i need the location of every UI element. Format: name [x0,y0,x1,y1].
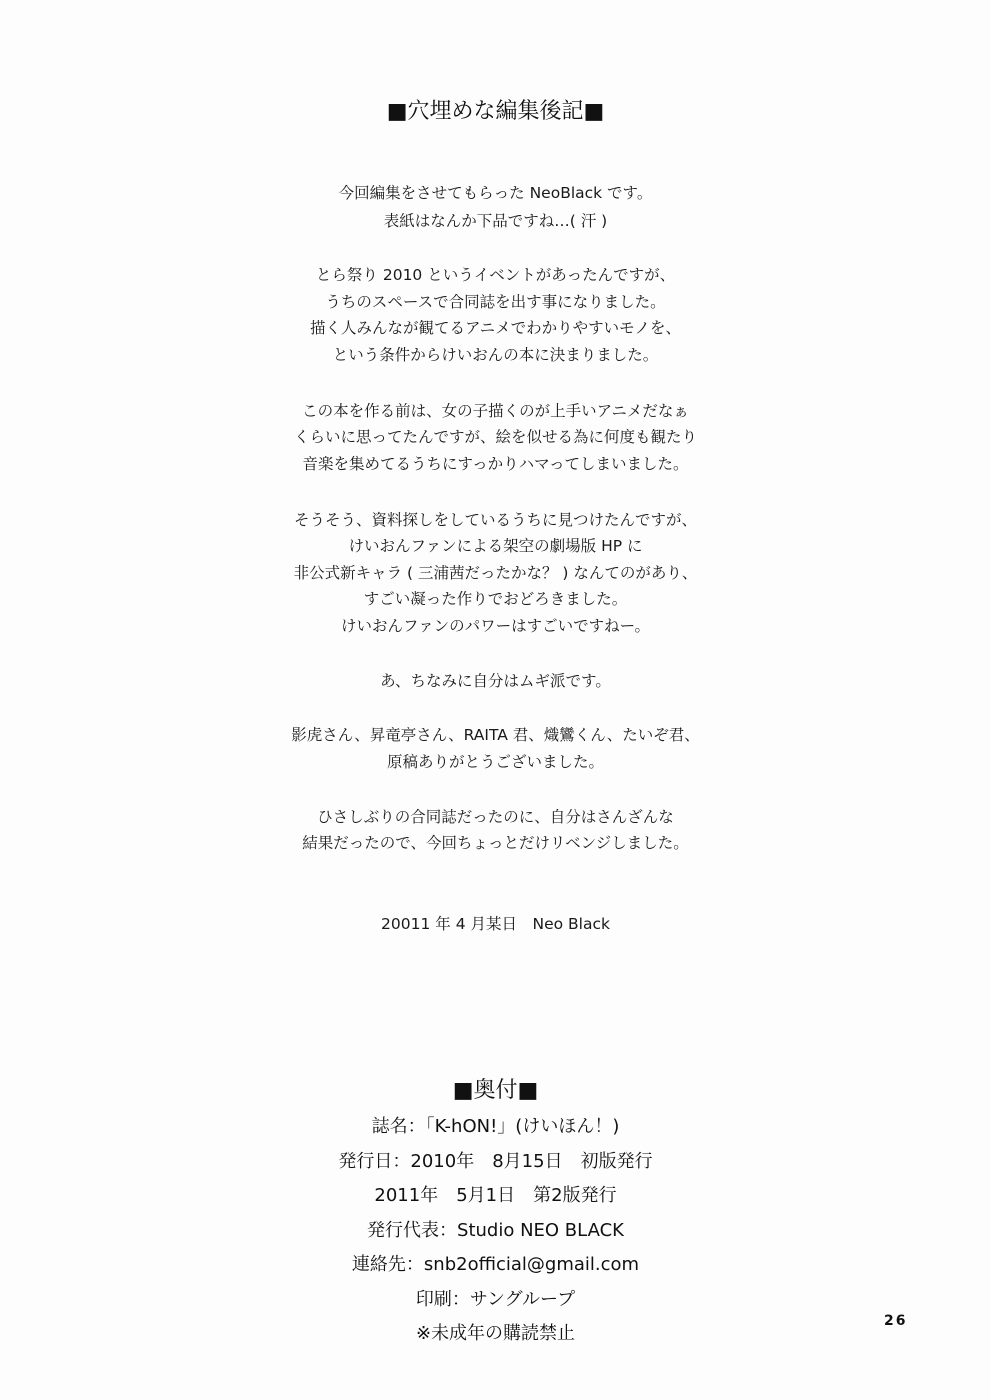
afterword-line: 原稿ありがとうございました。 [0,751,991,773]
afterword-line: 今回編集をさせてもらった NeoBlack です。 [0,182,991,204]
afterword-line: とら祭り 2010 というイベントがあったんですが、 [0,264,991,286]
afterword-signature: 20011 年 4 月某日 Neo Black [0,913,991,935]
colophon-title-line: 誌名：「K-hON!」(けいほん！) [0,1114,991,1140]
colophon-age-notice: ※未成年の購読禁止 [0,1321,991,1347]
colophon-second-edition: 2011年 5月1日 第2版発行 [0,1183,991,1209]
afterword-line: けいおんファンによる架空の劇場版 HP に [0,535,991,557]
afterword-line: あ、ちなみに自分はムギ派です。 [0,670,991,692]
afterword-line: 結果だったので、今回ちょっとだけリベンジしました。 [0,832,991,854]
afterword-line: 影虎さん、昇竜亭さん、RAITA 君、熾鸞くん、たいぞ君、 [0,724,991,746]
afterword-line: 音楽を集めてるうちにすっかりハマってしまいました。 [0,453,991,475]
afterword-line: 非公式新キャラ ( 三浦茜だったかな？ ) なんてのがあり、 [0,562,991,584]
afterword-line: うちのスペースで合同誌を出す事になりました。 [0,291,991,313]
afterword-line: 表紙はなんか下品ですね…( 汗 ) [0,210,991,232]
afterword-line: けいおんファンのパワーはすごいですねー。 [0,615,991,637]
colophon-publisher: 発行代表：Studio NEO BLACK [0,1218,991,1244]
afterword-line: ひさしぶりの合同誌だったのに、自分はさんざんな [0,806,991,828]
afterword-line: すごい凝った作りでおどろきました。 [0,588,991,610]
afterword-line: この本を作る前は、女の子描くのが上手いアニメだなぁ [0,400,991,422]
afterword-line: という条件からけいおんの本に決まりました。 [0,344,991,366]
colophon-title: ■奥付■ [0,1076,991,1106]
afterword-title: ■穴埋めな編集後記■ [0,97,991,127]
colophon-publish-date: 発行日：2010年 8月15日 初版発行 [0,1149,991,1175]
afterword-line: 描く人みんなが観てるアニメでわかりやすいモノを、 [0,317,991,339]
page-number: 26 [884,1313,907,1329]
afterword-line: そうそう、資料探しをしているうちに見つけたんですが、 [0,509,991,531]
afterword-line: くらいに思ってたんですが、絵を似せる為に何度も観たり [0,426,991,448]
book-page: ■穴埋めな編集後記■ 今回編集をさせてもらった NeoBlack です。 表紙は… [0,0,991,1400]
colophon-contact: 連絡先：snb2official@gmail.com [0,1252,991,1278]
colophon-printer: 印刷：サングループ [0,1287,991,1313]
